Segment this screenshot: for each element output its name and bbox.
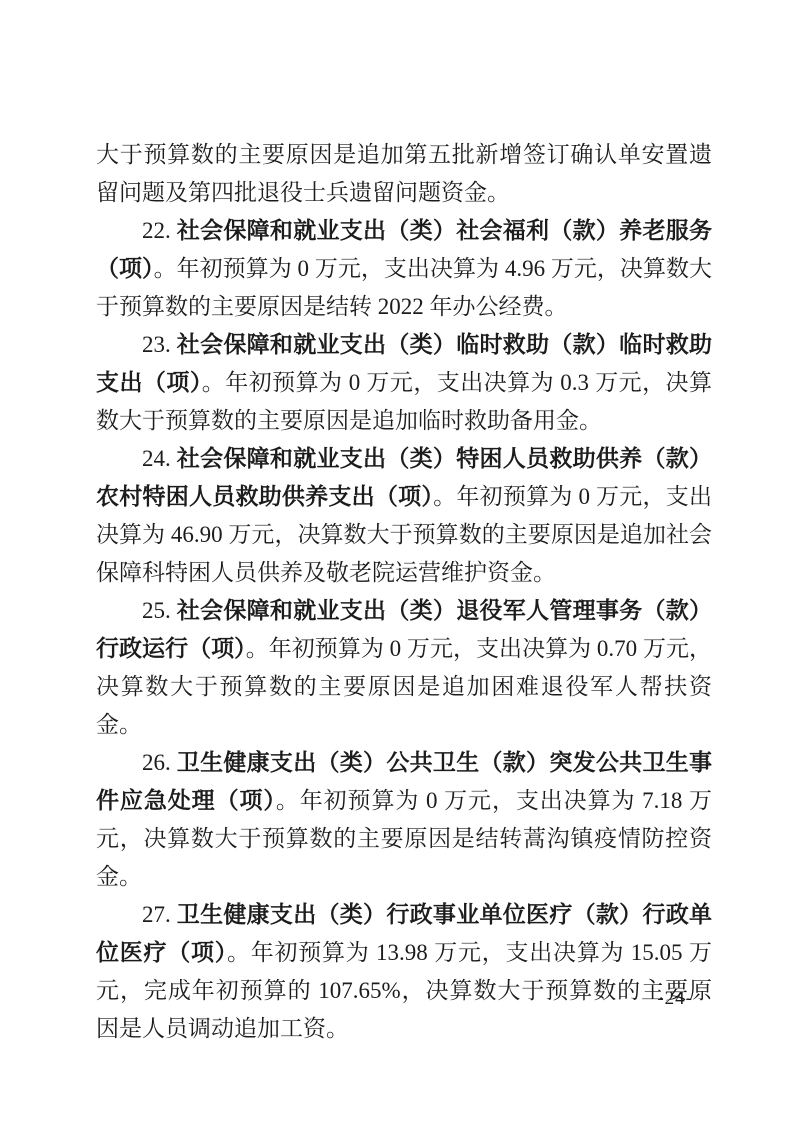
paragraph-item-26: 26. 卫生健康支出（类）公共卫生（款）突发公共卫生事件应急处理（项）。年初预算… — [96, 744, 712, 896]
paragraph-continuation: 大于预算数的主要原因是追加第五批新增签订确认单安置遗留问题及第四批退役士兵遗留问… — [96, 136, 712, 212]
item-26-number: 26. — [142, 750, 177, 775]
paragraph-item-27: 27. 卫生健康支出（类）行政事业单位医疗（款）行政单位医疗（项）。年初预算为 … — [96, 896, 712, 1048]
document-body: 大于预算数的主要原因是追加第五批新增签订确认单安置遗留问题及第四批退役士兵遗留问… — [96, 136, 712, 1048]
item-22-number: 22. — [142, 218, 177, 243]
paragraph-item-22: 22. 社会保障和就业支出（类）社会福利（款）养老服务（项）。年初预算为 0 万… — [96, 212, 712, 326]
page-number: -24- — [657, 988, 693, 1010]
paragraph-item-25: 25. 社会保障和就业支出（类）退役军人管理事务（款）行政运行（项）。年初预算为… — [96, 592, 712, 744]
item-27-number: 27. — [142, 902, 177, 927]
paragraph-continuation-text: 大于预算数的主要原因是追加第五批新增签订确认单安置遗留问题及第四批退役士兵遗留问… — [96, 142, 712, 205]
item-25-number: 25. — [142, 598, 177, 623]
item-24-number: 24. — [142, 446, 177, 471]
item-22-body: 。年初预算为 0 万元，支出决算为 4.96 万元，决算数大于预算数的主要原因是… — [96, 256, 712, 319]
paragraph-item-24: 24. 社会保障和就业支出（类）特困人员救助供养（款）农村特困人员救助供养支出（… — [96, 440, 712, 592]
item-23-number: 23. — [142, 332, 177, 357]
paragraph-item-23: 23. 社会保障和就业支出（类）临时救助（款）临时救助支出（项）。年初预算为 0… — [96, 326, 712, 440]
document-page: 大于预算数的主要原因是追加第五批新增签订确认单安置遗留问题及第四批退役士兵遗留问… — [0, 0, 793, 1122]
